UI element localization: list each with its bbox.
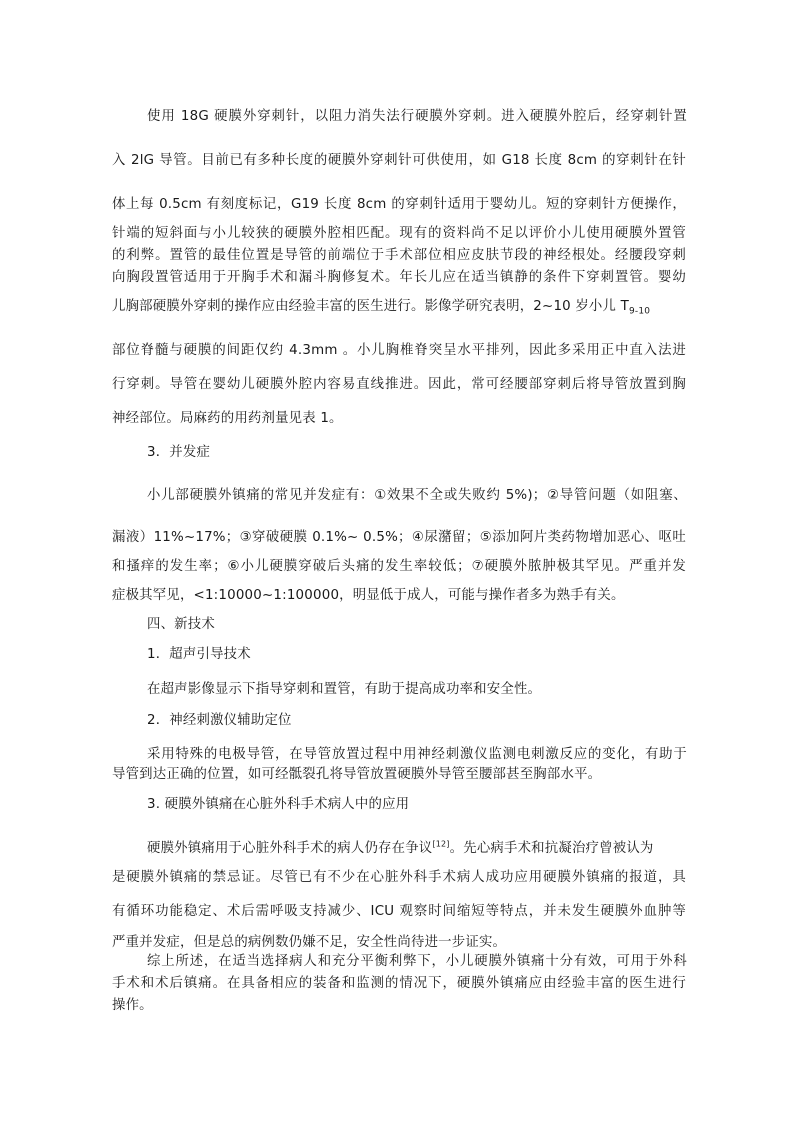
cardiac-surgery-line-1-text: 硬膜外镇痛用于心脏外科手术的病人仍存在争议 [147,841,432,856]
cardiac-surgery-heading: 3. 硬膜外镇痛在心脏外科手术病人中的应用 [147,796,687,814]
document-page: 使用 18G 硬膜外穿刺针，以阻力消失法行硬膜外穿刺。进入硬膜外腔后，经穿刺针置… [0,0,793,1122]
paragraph-1-line-7: 儿胸部硬膜外穿刺的操作应由经验丰富的医生进行。影像学研究表明，2~10 岁小儿 … [112,298,686,316]
vertebra-subscript: 9-10 [629,307,650,317]
ultrasound-line-1: 在超声影像显示下指导穿刺和置管，有助于提高成功率和安全性。 [147,681,687,699]
cardiac-surgery-line-1: 硬膜外镇痛用于心脏外科手术的病人仍存在争议[12]。先心病手术和抗凝治疗曾被认为 [147,840,687,858]
paragraph-1-line-3: 体上每 0.5cm 有刻度标记，G19 长度 8cm 的穿刺针适用于婴幼儿。短的… [112,196,686,214]
paragraph-1-line-4: 针端的短斜面与小儿较狭的硬膜外腔相匹配。现有的资料尚不足以评价小儿使用硬膜外置管 [112,225,686,243]
complications-line-3: 和搔痒的发生率；⑥小儿硬膜穿破后头痛的发生率较低；⑦硬膜外脓肿极其罕见。严重并发 [112,558,686,576]
paragraph-1-line-10: 神经部位。局麻药的用药剂量见表 1。 [112,410,686,428]
nerve-stimulator-line-2: 导管到达正确的位置，如可经骶裂孔将导管放置硬膜外导管至腰部甚至胸部水平。 [112,766,686,784]
conclusion-line-2: 手术和术后镇痛。在具备相应的装备和监测的情况下，硬膜外镇痛应由经验丰富的医生进行 [112,975,686,993]
paragraph-1-line-7-text: 儿胸部硬膜外穿刺的操作应由经验丰富的医生进行。影像学研究表明，2~10 岁小儿 … [112,299,629,314]
cardiac-surgery-line-2: 是硬膜外镇痛的禁忌证。尽管已有不少在心脏外科手术病人成功应用硬膜外镇痛的报道，具 [112,869,686,887]
paragraph-1-line-5: 的利弊。置管的最佳位置是导管的前端位于手术部位相应皮肤节段的神经根处。经腰段穿刺 [112,247,686,265]
complications-line-4: 症极其罕见，<1:10000~1:100000，明显低于成人，可能与操作者多为熟… [112,587,686,605]
conclusion-line-1: 综上所述，在适当选择病人和充分平衡利弊下，小儿硬膜外镇痛十分有效，可用于外科 [147,953,687,971]
conclusion-line-3: 操作。 [112,997,686,1015]
reference-citation: [12] [432,840,449,849]
nerve-stimulator-heading: 2．神经刺激仪辅助定位 [147,712,687,730]
ultrasound-heading: 1．超声引导技术 [147,646,687,664]
paragraph-1-line-9: 行穿刺。导管在婴幼儿硬膜外腔内容易直线推进。因此，常可经腰部穿刺后将导管放置到胸 [112,376,686,394]
cardiac-surgery-line-1-tail: 。先心病手术和抗凝治疗曾被认为 [450,841,654,856]
cardiac-surgery-line-3: 有循环功能稳定、术后需呼吸支持减少、ICU 观察时间缩短等特点，并未发生硬膜外血… [112,903,686,921]
cardiac-surgery-line-4: 严重并发症，但是总的病例数仍嫌不足，安全性尚待进一步证实。 [112,934,686,952]
paragraph-1-line-8: 部位脊髓与硬膜的间距仅约 4.3mm 。小儿胸椎脊突呈水平排列，因此多采用正中直… [112,342,686,360]
paragraph-1-line-1: 使用 18G 硬膜外穿刺针，以阻力消失法行硬膜外穿刺。进入硬膜外腔后，经穿刺针置 [147,108,687,126]
complications-line-2: 漏液）11%~17%；③穿破硬膜 0.1%~ 0.5%；④尿潴留；⑤添加阿片类药… [112,529,686,547]
paragraph-1-line-2: 入 2lG 导管。目前已有多种长度的硬膜外穿刺针可供使用，如 G18 长度 8c… [112,152,686,170]
paragraph-1-line-6: 向胸段置管适用于开胸手术和漏斗胸修复术。年长儿应在适当镇静的条件下穿刺置管。婴幼 [112,269,686,287]
nerve-stimulator-line-1: 采用特殊的电极导管，在导管放置过程中用神经刺激仪监测电刺激反应的变化，有助于 [147,746,687,764]
new-tech-heading: 四、新技术 [147,616,687,634]
complications-line-1: 小儿部硬膜外镇痛的常见并发症有：①效果不全或失败约 5%)；②导管问题（如阻塞、 [147,487,687,505]
complications-heading: 3．并发症 [147,444,687,462]
